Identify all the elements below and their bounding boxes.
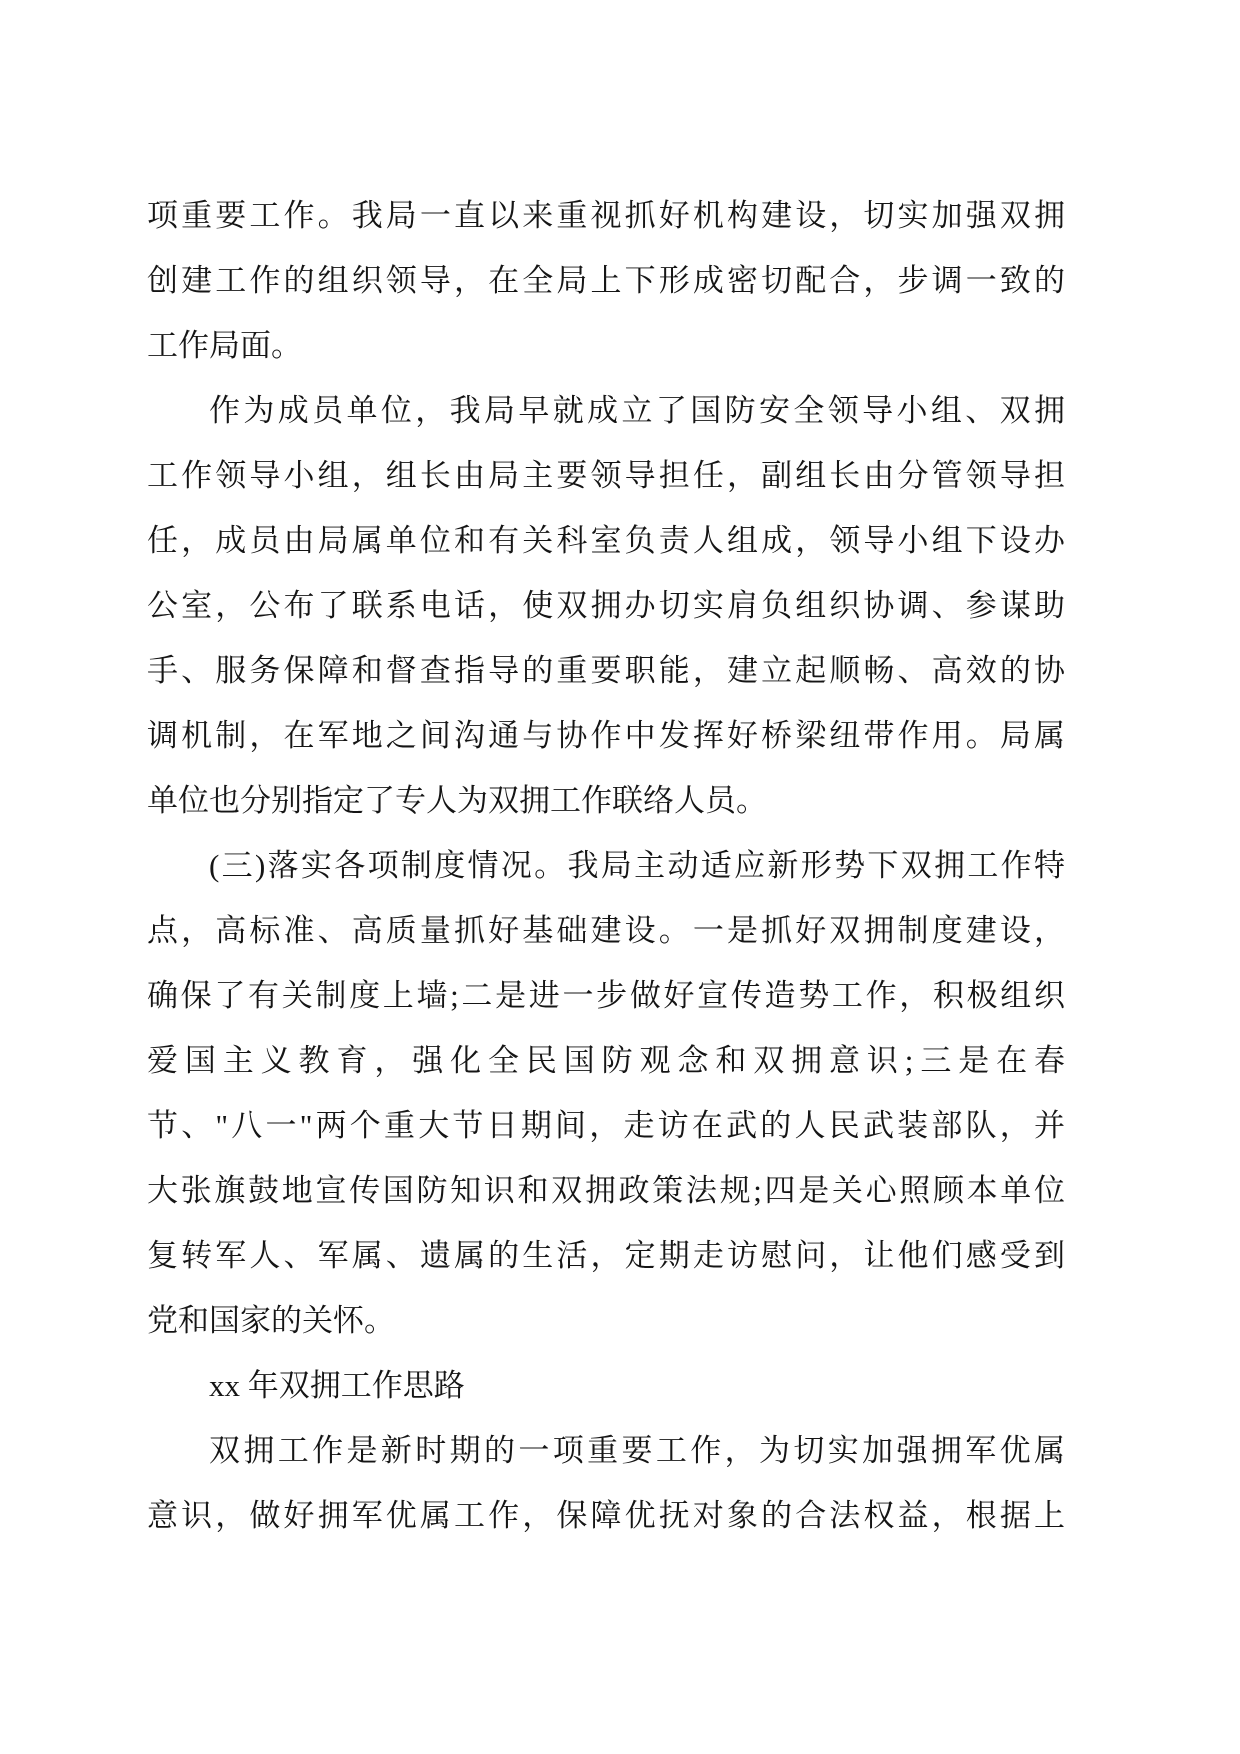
text-line: 任，成员由局属单位和有关科室负责人组成，领导小组下设办 xyxy=(147,508,1065,573)
text-line: 确保了有关制度上墙;二是进一步做好宣传造势工作，积极组织 xyxy=(147,963,1065,1028)
paragraph-system-implementation: (三)落实各项制度情况。我局主动适应新形势下双拥工作特点，高标准、高质量抓好基础… xyxy=(147,833,1065,1353)
text-line: 作为成员单位，我局早就成立了国防安全领导小组、双拥 xyxy=(147,378,1065,443)
text-line: 点，高标准、高质量抓好基础建设。一是抓好双拥制度建设， xyxy=(147,898,1065,963)
text-line: 双拥工作是新时期的一项重要工作，为切实加强拥军优属 xyxy=(147,1418,1065,1483)
text-line: 意识，做好拥军优属工作，保障优抚对象的合法权益，根据上 xyxy=(147,1483,1065,1548)
text-line: 节、"八一"两个重大节日期间，走访在武的人民武装部队，并 xyxy=(147,1093,1065,1158)
text-line: xx 年双拥工作思路 xyxy=(147,1353,1065,1418)
text-line: 大张旗鼓地宣传国防知识和双拥政策法规;四是关心照顾本单位 xyxy=(147,1158,1065,1223)
text-line: 创建工作的组织领导，在全局上下形成密切配合，步调一致的 xyxy=(147,248,1065,313)
text-line: 爱国主义教育，强化全民国防观念和双拥意识;三是在春 xyxy=(147,1028,1065,1093)
text-line: 单位也分别指定了专人为双拥工作联络人员。 xyxy=(147,768,1065,833)
paragraph-leading-group: 作为成员单位，我局早就成立了国防安全领导小组、双拥工作领导小组，组长由局主要领导… xyxy=(147,378,1065,833)
paragraph-work-plan: 双拥工作是新时期的一项重要工作，为切实加强拥军优属意识，做好拥军优属工作，保障优… xyxy=(147,1418,1065,1548)
text-line: 复转军人、军属、遗属的生活，定期走访慰问，让他们感受到 xyxy=(147,1223,1065,1288)
paragraph-continuation: 项重要工作。我局一直以来重视抓好机构建设，切实加强双拥创建工作的组织领导，在全局… xyxy=(147,183,1065,378)
text-line: 手、服务保障和督查指导的重要职能，建立起顺畅、高效的协 xyxy=(147,638,1065,703)
text-line: 工作局面。 xyxy=(147,313,1065,378)
document-page: 项重要工作。我局一直以来重视抓好机构建设，切实加强双拥创建工作的组织领导，在全局… xyxy=(0,0,1240,1754)
text-line: 项重要工作。我局一直以来重视抓好机构建设，切实加强双拥 xyxy=(147,183,1065,248)
paragraph-heading-work-plan: xx 年双拥工作思路 xyxy=(147,1353,1065,1418)
text-line: 调机制，在军地之间沟通与协作中发挥好桥梁纽带作用。局属 xyxy=(147,703,1065,768)
document-body: 项重要工作。我局一直以来重视抓好机构建设，切实加强双拥创建工作的组织领导，在全局… xyxy=(147,183,1065,1548)
text-line: (三)落实各项制度情况。我局主动适应新形势下双拥工作特 xyxy=(147,833,1065,898)
text-line: 公室，公布了联系电话，使双拥办切实肩负组织协调、参谋助 xyxy=(147,573,1065,638)
text-line: 党和国家的关怀。 xyxy=(147,1288,1065,1353)
text-line: 工作领导小组，组长由局主要领导担任，副组长由分管领导担 xyxy=(147,443,1065,508)
